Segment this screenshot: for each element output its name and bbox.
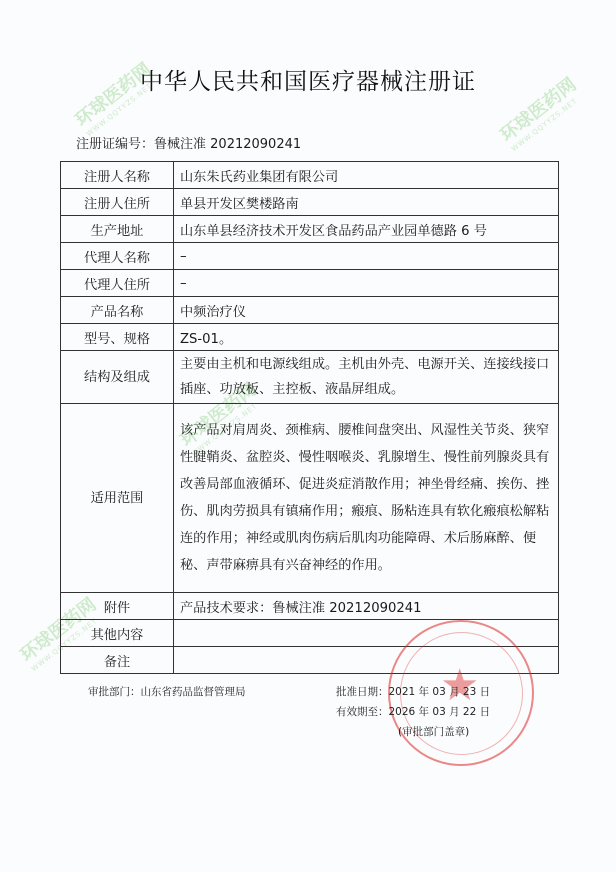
table-row: 代理人名称 – [61,243,559,270]
row-value: – [174,270,559,297]
seal-note: (审批部门盖章) [398,724,469,739]
row-value: 单县开发区樊楼路南 [174,189,559,216]
row-label: 注册人住所 [61,189,174,216]
table-row: 代理人住所 – [61,270,559,297]
certificate-number-value: 鲁械注准 20212090241 [154,137,301,152]
row-label: 生产地址 [61,216,174,243]
table-row: 结构及组成 主要由主机和电源线组成。主机由外壳、电源开关、连接线接口插座、功放板… [61,351,559,404]
row-label: 代理人住所 [61,270,174,297]
table-row: 型号、规格 ZS-01。 [61,324,559,351]
row-value: 中频治疗仪 [174,297,559,324]
row-value: ZS-01。 [174,324,559,351]
table-row: 附件 产品技术要求：鲁械注准 20212090241 [61,593,559,620]
row-value: – [174,243,559,270]
certificate-number-label: 注册证编号： [76,137,154,152]
row-value: 主要由主机和电源线组成。主机由外壳、电源开关、连接线接口插座、功放板、主控板、液… [174,351,559,404]
row-value: 该产品对肩周炎、颈椎病、腰椎间盘突出、风湿性关节炎、狭窄性腱鞘炎、盆腔炎、慢性咽… [174,404,559,593]
registration-table: 注册人名称 山东朱氏药业集团有限公司 注册人住所 单县开发区樊楼路南 生产地址 … [60,161,559,674]
valid-until: 有效期至：2026 年 03 月 22 日 [336,704,490,719]
certificate-number: 注册证编号：鲁械注准 20212090241 [76,133,301,152]
row-label: 型号、规格 [61,324,174,351]
row-value: 山东单县经济技术开发区食品药品产业园单德路 6 号 [174,216,559,243]
table-row: 适用范围 该产品对肩周炎、颈椎病、腰椎间盘突出、风湿性关节炎、狭窄性腱鞘炎、盆腔… [61,404,559,593]
table-row: 生产地址 山东单县经济技术开发区食品药品产业园单德路 6 号 [61,216,559,243]
approving-department: 审批部门：山东省药品监督管理局 [88,684,246,699]
table-row: 注册人住所 单县开发区樊楼路南 [61,189,559,216]
row-label: 附件 [61,593,174,620]
table-row: 产品名称 中频治疗仪 [61,297,559,324]
row-value: 山东朱氏药业集团有限公司 [174,162,559,189]
row-label: 其他内容 [61,620,174,647]
row-label: 适用范围 [61,404,174,593]
row-value: 产品技术要求：鲁械注准 20212090241 [174,593,559,620]
row-label: 结构及组成 [61,351,174,404]
document-title: 中华人民共和国医疗器械注册证 [0,63,616,96]
row-label: 产品名称 [61,297,174,324]
table-row: 注册人名称 山东朱氏药业集团有限公司 [61,162,559,189]
row-label: 代理人名称 [61,243,174,270]
row-label: 注册人名称 [61,162,174,189]
approval-date: 批准日期：2021 年 03 月 23 日 [336,684,490,699]
row-label: 备注 [61,647,174,674]
